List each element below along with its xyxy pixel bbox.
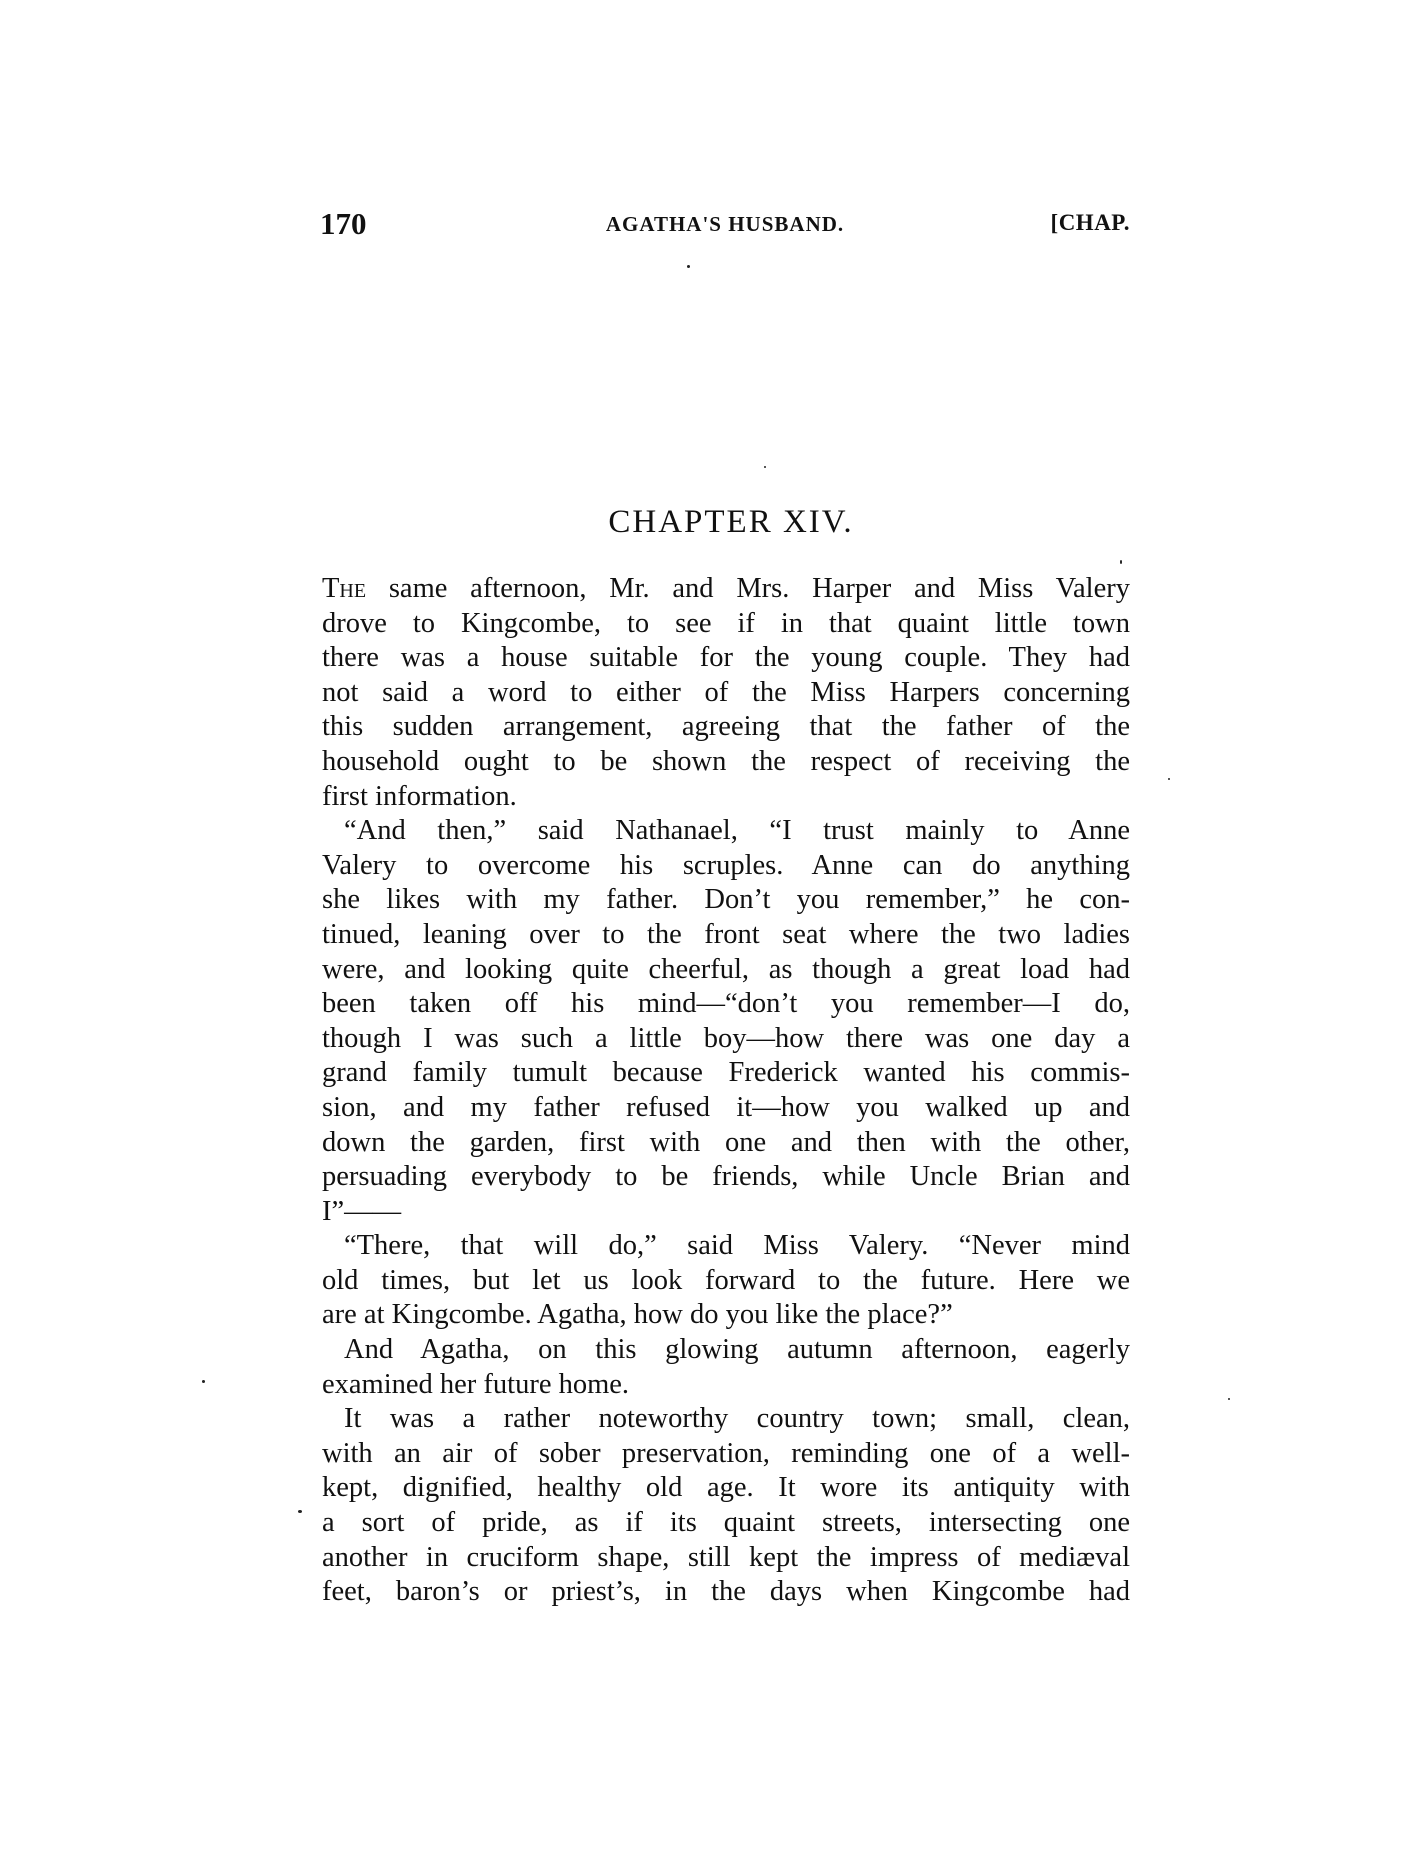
scan-speck xyxy=(298,1510,302,1513)
text-line: drove to Kingcombe, to see if in that qu… xyxy=(322,607,1130,642)
text-line: feet, baron’s or priest’s, in the days w… xyxy=(322,1575,1130,1610)
text-line: are at Kingcombe. Agatha, how do you lik… xyxy=(322,1298,1130,1333)
running-title: AGATHA'S HUSBAND. xyxy=(320,212,1130,237)
text-line: Valery to overcome his scruples. Anne ca… xyxy=(322,849,1130,884)
scan-speck xyxy=(1120,560,1122,564)
body-text: The same afternoon, Mr. and Mrs. Harper … xyxy=(322,572,1130,1610)
text-line: The same afternoon, Mr. and Mrs. Harper … xyxy=(322,572,1130,607)
text-line: there was a house suitable for the young… xyxy=(322,641,1130,676)
text-line: were, and looking quite cheerful, as tho… xyxy=(322,953,1130,988)
text-line: first information. xyxy=(322,780,1130,815)
opening-word: The xyxy=(322,573,366,604)
text-line: “And then,” said Nathanael, “I trust mai… xyxy=(322,814,1130,849)
text-line: with an air of sober preservation, remin… xyxy=(322,1437,1130,1472)
text-line: It was a rather noteworthy country town;… xyxy=(322,1402,1130,1437)
text-line: another in cruciform shape, still kept t… xyxy=(322,1541,1130,1576)
text-line: household ought to be shown the respect … xyxy=(322,745,1130,780)
text-line: I”—— xyxy=(322,1195,1130,1230)
text-line: though I was such a little boy—how there… xyxy=(322,1022,1130,1057)
text-line: “There, that will do,” said Miss Valery.… xyxy=(322,1229,1130,1264)
text-line: kept, dignified, healthy old age. It wor… xyxy=(322,1471,1130,1506)
text-line: old times, but let us look forward to th… xyxy=(322,1264,1130,1299)
text-line: a sort of pride, as if its quaint street… xyxy=(322,1506,1130,1541)
text-line: grand family tumult because Frederick wa… xyxy=(322,1056,1130,1091)
text-line: sion, and my father refused it—how you w… xyxy=(322,1091,1130,1126)
text-line: persuading everybody to be friends, whil… xyxy=(322,1160,1130,1195)
scan-speck xyxy=(764,466,766,468)
text-line: not said a word to either of the Miss Ha… xyxy=(322,676,1130,711)
scan-speck xyxy=(202,1380,205,1383)
text-line: this sudden arrangement, agreeing that t… xyxy=(322,710,1130,745)
scan-speck xyxy=(1228,1398,1230,1400)
scan-speck xyxy=(1168,778,1170,780)
text-line-rest: same afternoon, Mr. and Mrs. Harper and … xyxy=(366,573,1130,604)
text-line: down the garden, first with one and then… xyxy=(322,1126,1130,1161)
scan-speck xyxy=(687,265,690,268)
text-line: examined her future home. xyxy=(322,1368,1130,1403)
text-line: tinued, leaning over to the front seat w… xyxy=(322,918,1130,953)
text-line: been taken off his mind—“don’t you remem… xyxy=(322,987,1130,1022)
running-head: 170 AGATHA'S HUSBAND. [CHAP. xyxy=(320,206,1130,246)
chapter-heading: CHAPTER XIV. xyxy=(0,504,1402,541)
text-line: she likes with my father. Don’t you reme… xyxy=(322,883,1130,918)
text-line: And Agatha, on this glowing autumn after… xyxy=(322,1333,1130,1368)
running-chapter-marker: [CHAP. xyxy=(1051,210,1130,236)
